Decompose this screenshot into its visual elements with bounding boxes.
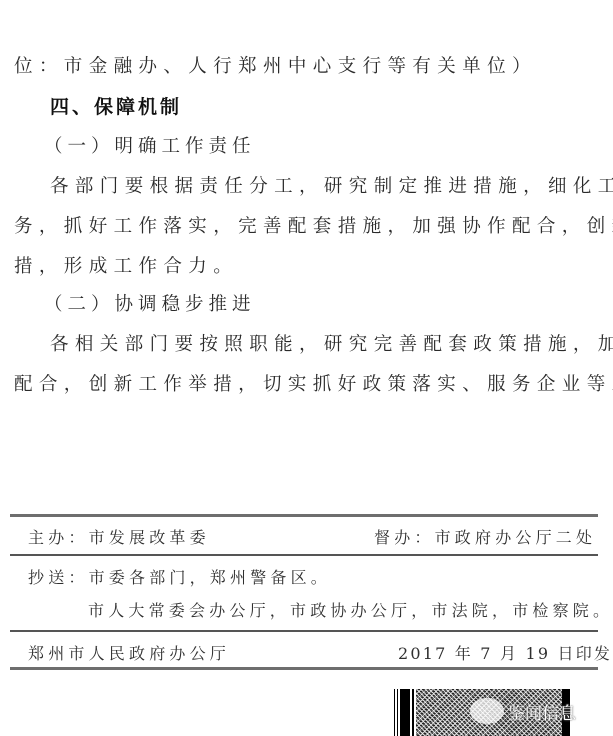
paragraph-1-line-1: 各部门要根据责任分工，研究制定推进措施，细化工作任 [50,172,613,198]
subheading-clarify-responsibility: （一）明确工作责任 [44,132,613,158]
supervise-unit: 督办：市政府办公厅二处 [374,525,596,548]
host-unit: 主办：市发展改革委 [28,525,210,548]
watermark: 鉴闻信息 [470,696,576,726]
footer-divider-2 [10,630,598,632]
paragraph-1-line-3: 措，形成工作合力。 [14,252,613,278]
footer-top-rule [10,514,598,517]
footer-divider-1 [10,554,598,556]
paragraph-2-line-2: 配合，创新工作举措，切实抓好政策落实、服务企业等工作。 [14,370,613,396]
paragraph-2-line-1: 各相关部门要按照职能，研究完善配套政策措施，加强协作 [50,330,613,356]
issuer-name: 郑州市人民政府办公厅 [28,641,230,664]
footer-bottom-rule [10,667,598,670]
subheading-coordinate-steadily: （二）协调稳步推进 [44,290,613,316]
cc-line-1: 抄送：市委各部门，郑州警备区。 [28,565,331,588]
issue-date: 2017 年 7 月 19 日印发 [398,641,612,664]
cc-line-2: 市人大常委会办公厅，市政协办公厅，市法院，市检察院。 [88,598,613,621]
paragraph-1-line-2: 务，抓好工作落实，完善配套措施，加强协作配合，创新工作举 [14,212,613,238]
section-heading-guarantee: 四、保障机制 [50,92,613,119]
watermark-text: 鉴闻信息 [508,699,576,724]
body-line-continuation: 位：市金融办、人行郑州中心支行等有关单位） [14,52,613,78]
wechat-icon [470,698,504,724]
barcode-start-pattern [392,689,414,736]
